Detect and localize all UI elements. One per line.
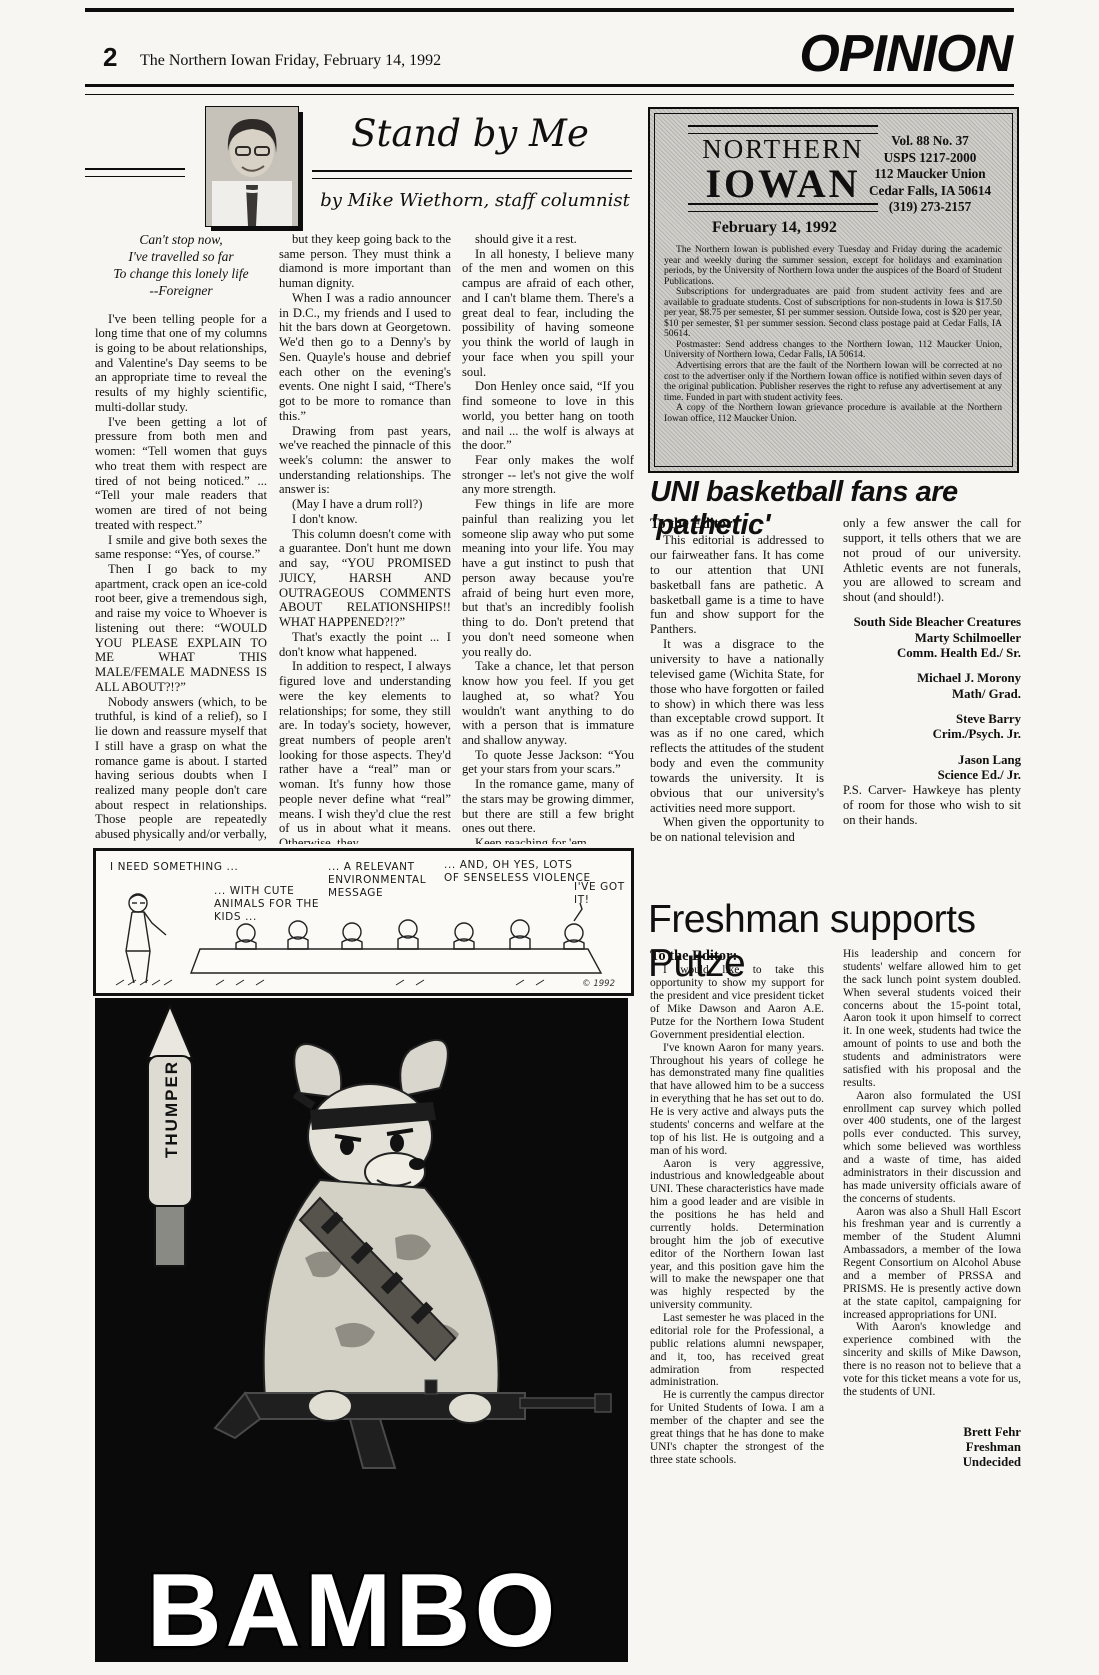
bambo-cartoon-art: THUMPER	[95, 998, 628, 1662]
letter-paragraph: only a few answer the call for support, …	[843, 516, 1021, 605]
masthead-paragraph: Advertising errors that are the fault of…	[664, 361, 1002, 403]
body-paragraph: Keep reaching for 'em.	[462, 836, 634, 844]
body-paragraph: In the romance game, many of the stars m…	[462, 777, 634, 836]
epigraph-line: Can't stop now,	[95, 232, 267, 249]
header-rule	[85, 84, 1014, 95]
body-paragraph: should give it a rest.	[462, 232, 634, 247]
body-paragraph: When I was a radio announcer in D.C., my…	[279, 291, 451, 424]
signature-line: Jason Lang	[843, 753, 1021, 768]
signature-line: Steve Barry	[843, 712, 1021, 727]
comic-credit: © 1992	[582, 979, 615, 989]
epigraph-line: To change this lonely life	[95, 266, 267, 283]
letter-paragraph: I've known Aaron for many years. Through…	[650, 1042, 824, 1158]
epigraph-line: --Foreigner	[95, 283, 267, 300]
letter1-salutation: To the Editor:	[650, 516, 824, 533]
letter-paragraph: Last semester he was placed in the edito…	[650, 1312, 824, 1389]
letter2-column-2: His leadership and concern for students'…	[843, 948, 1021, 1648]
body-paragraph: Then I go back to my apartment, crack op…	[95, 562, 267, 695]
letter1-signature-group-3: Steve Barry Crim./Psych. Jr.	[843, 712, 1021, 743]
body-paragraph: but they keep going back to the same per…	[279, 232, 451, 291]
masthead-info-block: Vol. 88 No. 37 USPS 1217-2000 112 Maucke…	[850, 133, 1010, 216]
signature-line: South Side Bleacher Creatures	[843, 615, 1021, 630]
top-rule	[85, 8, 1014, 12]
epigraph-line: I've travelled so far	[95, 249, 267, 266]
letter-paragraph: Aaron was also a Shull Hall Escort his f…	[843, 1206, 1021, 1322]
signature-line: Crim./Psych. Jr.	[843, 727, 1021, 742]
masthead-paragraph: Postmaster: Send address changes to the …	[664, 340, 1002, 361]
body-paragraph: That's exactly the point ... I don't kno…	[279, 630, 451, 659]
body-paragraph: I've been getting a lot of pressure from…	[95, 415, 267, 533]
letter1-postscript: P.S. Carver- Hawkeye has plenty of room …	[843, 783, 1021, 828]
masthead-box: NORTHERN IOWAN February 14, 1992 Vol. 88…	[648, 107, 1019, 473]
thumper-missile: THUMPER	[148, 1006, 192, 1266]
letter2-column-1: To the Editor: I would like to take this…	[650, 948, 824, 1648]
letter1-column-2: only a few answer the call for support, …	[843, 516, 1021, 904]
body-paragraph: I've been telling people for a long time…	[95, 312, 267, 415]
signature-line: Comm. Health Ed./ Sr.	[843, 646, 1021, 661]
column-title: Stand by Me	[320, 112, 620, 155]
body-paragraph: Don Henley once said, “If you find someo…	[462, 379, 634, 453]
usps-number: USPS 1217-2000	[850, 150, 1010, 167]
letter-paragraph: This editorial is addressed to our fairw…	[650, 533, 824, 637]
phone-number: (319) 273-2157	[850, 199, 1010, 216]
issue-line: The Northern Iowan Friday, February 14, …	[140, 52, 441, 70]
masthead-date: February 14, 1992	[712, 219, 837, 237]
epigraph: Can't stop now, I've travelled so far To…	[95, 232, 267, 300]
body-paragraph: Nobody answers (which, to be truthful, i…	[95, 695, 267, 842]
letter1-signature-group-4: Jason Lang Science Ed./ Jr.	[843, 753, 1021, 784]
address-line: 112 Maucker Union	[850, 166, 1010, 183]
column-byline: by Mike Wiethorn, staff columnist	[320, 190, 630, 211]
body-paragraph: This column doesn't come with a guarante…	[279, 527, 451, 630]
letter1-column-1: To the Editor: This editorial is address…	[650, 516, 824, 904]
letter-paragraph: When given the opportunity to be on nati…	[650, 815, 824, 845]
speech-text-2: ... WITH CUTE ANIMALS FOR THE KIDS ...	[214, 885, 319, 924]
masthead-body: The Northern Iowan is published every Tu…	[664, 245, 1002, 461]
title-rule-right	[312, 170, 632, 179]
letter-paragraph: His leadership and concern for students'…	[843, 948, 1021, 1090]
bambo-title-text: BAMBO	[147, 1553, 560, 1662]
letter-paragraph: With Aaron's knowledge and experience co…	[843, 1321, 1021, 1398]
standby-column-2: but they keep going back to the same per…	[279, 232, 451, 844]
page-number: 2	[103, 42, 117, 73]
body-paragraph: (May I have a drum roll?)	[279, 497, 451, 512]
body-paragraph: Fear only makes the wolf stronger -- let…	[462, 453, 634, 497]
speech-text-3: ... A RELEVANT ENVIRONMENTAL MESSAGE	[328, 861, 426, 900]
body-paragraph: Take a chance, let that person know how …	[462, 659, 634, 747]
speech-text-4: ... AND, OH YES, LOTS OF SENSELESS VIOLE…	[444, 859, 591, 885]
body-paragraph: I smile and give both sexes the same res…	[95, 533, 267, 562]
masthead-paragraph: The Northern Iowan is published every Tu…	[664, 245, 1002, 287]
comic-strip-panel: I NEED SOMETHING ... ... WITH CUTE ANIMA…	[93, 848, 634, 996]
signature-line: Freshman	[843, 1440, 1021, 1455]
masthead-paragraph: Subscriptions for undergraduates are pai…	[664, 287, 1002, 340]
section-banner-opinion: OPINION	[660, 24, 1012, 84]
body-paragraph: In all honesty, I believe many of the me…	[462, 247, 634, 380]
title-rule-left	[85, 168, 185, 177]
speech-text-5: I'VE GOT IT!	[574, 881, 625, 907]
letter-paragraph: It was a disgrace to the university to h…	[650, 637, 824, 815]
letter2-signature: Brett Fehr Freshman Undecided	[843, 1425, 1021, 1471]
body-paragraph: In addition to respect, I always figured…	[279, 659, 451, 844]
letter-paragraph: I would like to take this opportunity to…	[650, 964, 824, 1041]
speech-text-1: I NEED SOMETHING ...	[110, 861, 238, 874]
signature-line: Undecided	[843, 1455, 1021, 1470]
letter-paragraph: Aaron also formulated the USI enrollment…	[843, 1090, 1021, 1206]
body-paragraph: Few things in life are more painful than…	[462, 497, 634, 659]
city-line: Cedar Falls, IA 50614	[850, 183, 1010, 200]
letter-paragraph: Aaron is very aggressive, industrious an…	[650, 1158, 824, 1313]
bambo-cartoon-panel: THUMPER	[95, 998, 628, 1662]
signature-line: Brett Fehr	[843, 1425, 1021, 1440]
signature-line: Michael J. Morony	[843, 671, 1021, 686]
signature-line: Science Ed./ Jr.	[843, 768, 1021, 783]
letter-paragraph: He is currently the campus director for …	[650, 1389, 824, 1466]
letter1-signature-group-2: Michael J. Morony Math/ Grad.	[843, 671, 1021, 702]
svg-text:THUMPER: THUMPER	[162, 1060, 181, 1158]
body-paragraph: To quote Jesse Jackson: “You get your st…	[462, 748, 634, 777]
letter1-signature-group-1: South Side Bleacher Creatures Marty Schi…	[843, 615, 1021, 661]
columnist-photo	[205, 106, 299, 227]
body-paragraph: Drawing from past years, we've reached t…	[279, 424, 451, 498]
masthead-paragraph: A copy of the Northern Iowan grievance p…	[664, 403, 1002, 424]
newspaper-page: 2 The Northern Iowan Friday, February 14…	[0, 0, 1099, 1675]
signature-line: Marty Schilmoeller	[843, 631, 1021, 646]
letter2-salutation: To the Editor:	[650, 948, 824, 964]
body-paragraph: I don't know.	[279, 512, 451, 527]
signature-line: Math/ Grad.	[843, 687, 1021, 702]
volume-number: Vol. 88 No. 37	[850, 133, 1010, 150]
standby-column-3: should give it a rest. In all honesty, I…	[462, 232, 634, 844]
standby-column-1: Can't stop now, I've travelled so far To…	[95, 232, 267, 844]
columnist-photo-drawing	[206, 107, 298, 226]
